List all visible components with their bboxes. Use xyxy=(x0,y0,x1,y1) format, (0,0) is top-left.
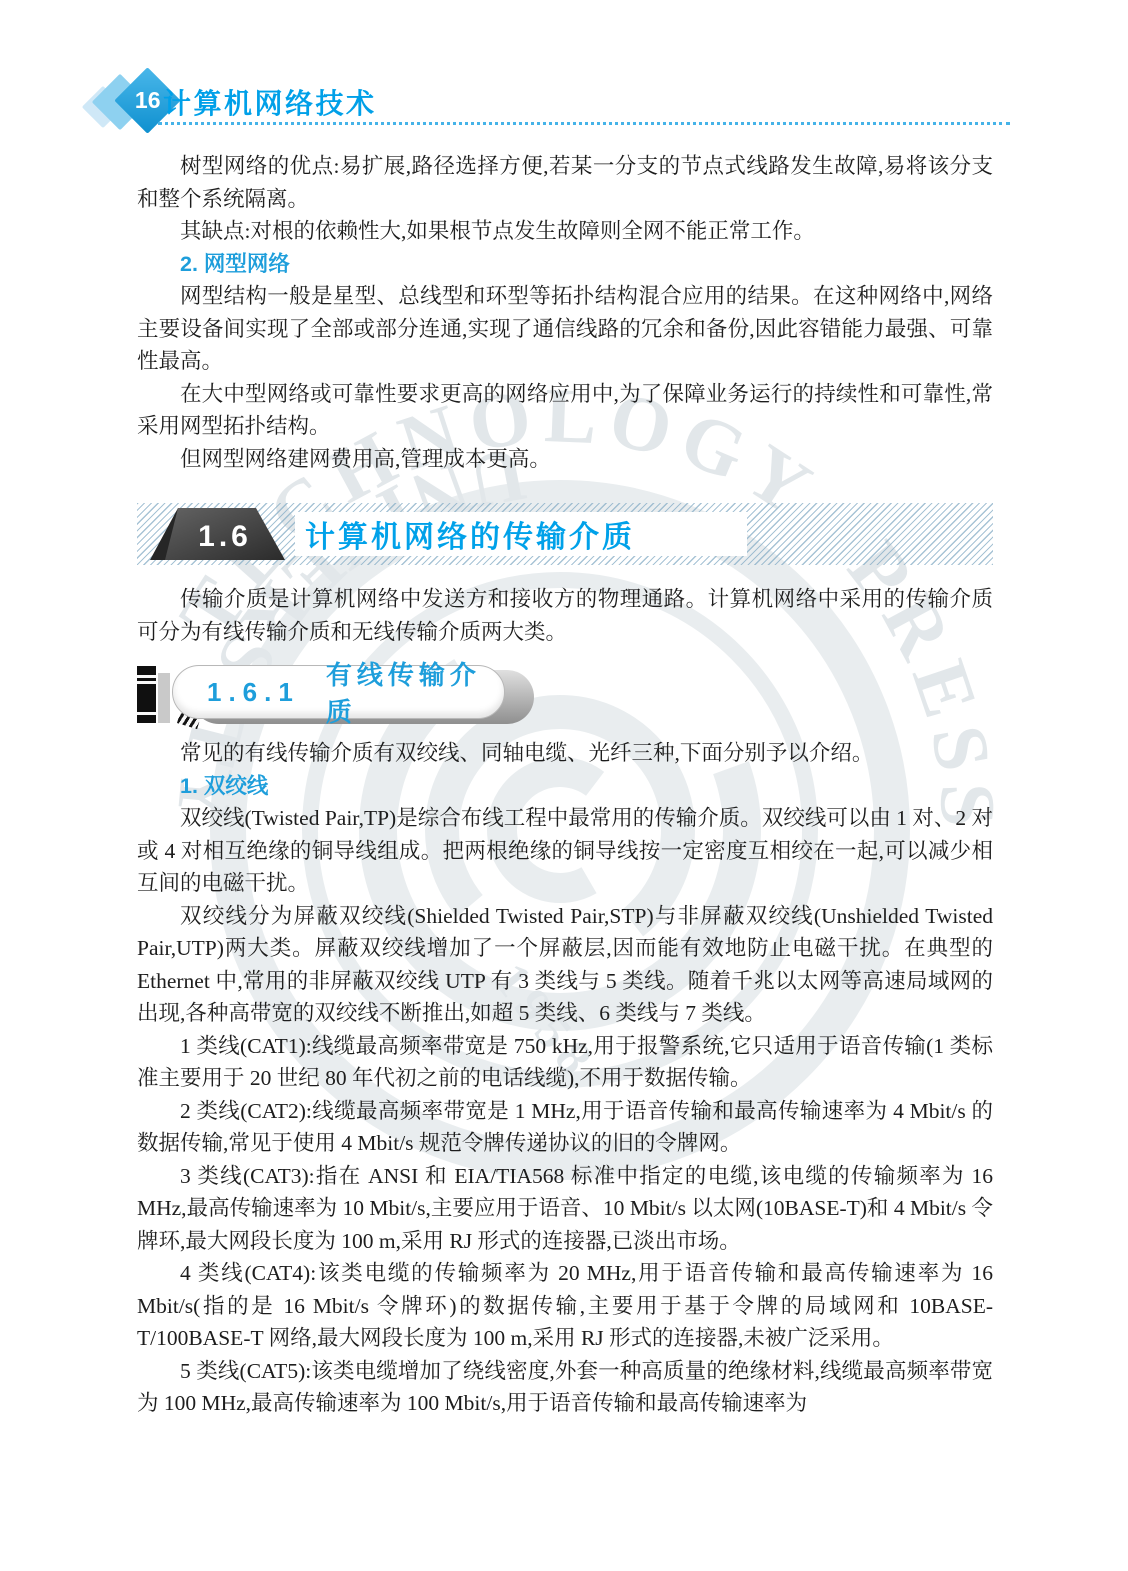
subsection-number: 1.6.1 xyxy=(207,677,300,708)
section-title: 计算机网络的传输介质 xyxy=(305,512,635,556)
textbook-page: TECHNOLOGY PRESS UNIVERSITY 1958 16 计算机网… xyxy=(0,0,1128,1571)
page-header: 16 计算机网络技术 xyxy=(0,0,1128,140)
paragraph-twisted-pair-1: 双绞线(Twisted Pair,TP)是综合布线工程中最常用的传输介质。双绞线… xyxy=(137,802,993,900)
paragraph-media-intro: 传输介质是计算机网络中发送方和接收方的物理通路。计算机网络中采用的传输介质可分为… xyxy=(137,583,993,648)
book-spine-black xyxy=(137,666,156,723)
paragraph-cat5: 5 类线(CAT5):该类电缆增加了绕线密度,外套一种高质量的绝缘材料,线缆最高… xyxy=(137,1355,993,1420)
paragraph-cat3: 3 类线(CAT3):指在 ANSI 和 EIA/TIA568 标准中指定的电缆… xyxy=(137,1160,993,1258)
paragraph-twisted-pair-2: 双绞线分为屏蔽双绞线(Shielded Twisted Pair,STP)与非屏… xyxy=(137,900,993,1030)
heading-mesh-network: 2. 网型网络 xyxy=(137,248,993,281)
book-spine-gray xyxy=(158,673,170,723)
paragraph-cat1: 1 类线(CAT1):线缆最高频率带宽是 750 kHz,用于报警系统,它只适用… xyxy=(137,1030,993,1095)
page-body: 树型网络的优点:易扩展,路径选择方便,若某一分支的节点式线路发生故障,易将该分支… xyxy=(137,150,993,1420)
section-number: 1.6 xyxy=(198,520,252,553)
header-dotted-rule xyxy=(158,122,1010,125)
paragraph-wired-intro: 常见的有线传输介质有双绞线、同轴电缆、光纤三种,下面分别予以介绍。 xyxy=(137,737,993,770)
paragraph-mesh-3: 但网型网络建网费用高,管理成本更高。 xyxy=(137,443,993,476)
section-number-tent-icon: 1.6 xyxy=(142,505,292,563)
paragraph-mesh-2: 在大中型网络或可靠性要求更高的网络应用中,为了保障业务运行的持续性和可靠性,常采… xyxy=(137,378,993,443)
paragraph-cat2: 2 类线(CAT2):线缆最高频率带宽是 1 MHz,用于语音传输和最高传输速率… xyxy=(137,1095,993,1160)
section-1-6-banner: 1.6 计算机网络的传输介质 xyxy=(137,503,993,565)
subsection-1-6-1-header: 1.6.1 有线传输介质 xyxy=(137,661,993,725)
paragraph-cat4: 4 类线(CAT4):该类电缆的传输频率为 20 MHz,用于语音传输和最高传输… xyxy=(137,1257,993,1355)
paragraph-mesh-1: 网型结构一般是星型、总线型和环型等拓扑结构混合应用的结果。在这种网络中,网络主要… xyxy=(137,280,993,378)
subsection-title: 有线传输介质 xyxy=(326,655,504,729)
book-title: 计算机网络技术 xyxy=(163,82,377,122)
paragraph-tree-advantages: 树型网络的优点:易扩展,路径选择方便,若某一分支的节点式线路发生故障,易将该分支… xyxy=(137,150,993,215)
heading-twisted-pair: 1. 双绞线 xyxy=(137,770,993,803)
page-number: 16 xyxy=(135,87,161,114)
paragraph-tree-disadvantages: 其缺点:对根的依赖性大,如果根节点发生故障则全网不能正常工作。 xyxy=(137,215,993,248)
subsection-pill: 1.6.1 有线传输介质 xyxy=(172,665,505,719)
